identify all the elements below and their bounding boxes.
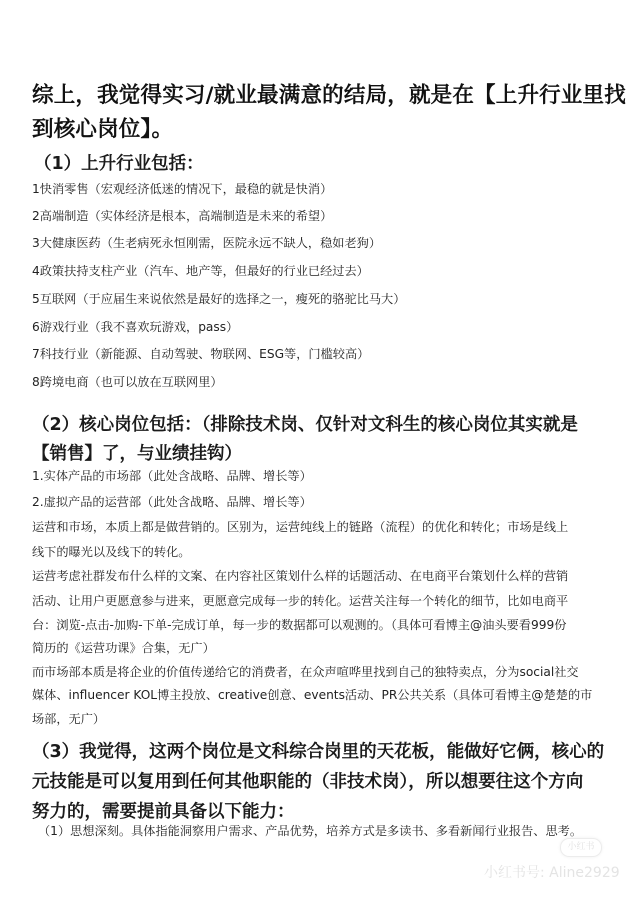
section2-heading-line-1: （2）核心岗位包括：（排除技术岗、仅针对文科生的核心岗位其实就是 xyxy=(32,411,578,436)
paragraph-2-line-2: 活动、让用户更愿意参与进来，更愿意完成每一步的转化。运营关注每一个转化的细节，比… xyxy=(32,592,568,609)
industry-item-5: 5互联网（于应届生来说依然是最好的选择之一，瘦死的骆驼比马大） xyxy=(32,290,405,307)
paragraph-1-line-2: 线下的曝光以及线下的转化。 xyxy=(32,543,190,560)
industry-item-8: 8跨境电商（也可以放在互联网里） xyxy=(32,373,223,390)
paragraph-3-line-3: 场部，无广） xyxy=(32,710,105,727)
industry-item-2: 2高端制造（实体经济是根本，高端制造是未来的希望） xyxy=(32,207,332,224)
paragraph-2-line-3: 台：浏览-点击-加购-下单-完成订单，每一步的数据都可以观测的。（具体可看博主@… xyxy=(32,616,566,633)
industry-item-3: 3大健康医药（生老病死永恒刚需，医院永远不缺人，稳如老狗） xyxy=(32,234,381,251)
role-item-1: 1.实体产品的市场部（此处含战略、品牌、增长等） xyxy=(32,467,312,484)
watermark-logo: 小红书 xyxy=(560,838,602,857)
watermark-text: 小红书号: Aline2929 xyxy=(484,862,620,882)
section3-heading-line-3: 努力的，需要提前具备以下能力： xyxy=(32,798,295,823)
industry-item-4: 4政策扶持支柱产业（汽车、地产等，但最好的行业已经过去） xyxy=(32,262,369,279)
section2-heading-line-2: 【销售】了，与业绩挂钩） xyxy=(32,440,242,465)
section1-heading: （1）上升行业包括： xyxy=(34,150,204,175)
industry-item-7: 7科技行业（新能源、自动驾驶、物联网、ESG等，门槛较高） xyxy=(32,345,369,362)
title-line-1: 综上，我觉得实习/就业最满意的结局，就是在【上升行业里找 xyxy=(32,78,626,109)
industry-item-6: 6游戏行业（我不喜欢玩游戏，pass） xyxy=(32,318,238,335)
title-line-2: 到核心岗位】。 xyxy=(32,112,173,143)
section3-heading-line-1: （3）我觉得，这两个岗位是文科综合岗里的天花板，能做好它俩，核心的 xyxy=(32,738,604,763)
paragraph-3-line-2: 媒体、influencer KOL博主投放、creative创意、events活… xyxy=(32,686,592,703)
industry-item-1: 1快消零售（宏观经济低迷的情况下，最稳的就是快消） xyxy=(32,180,332,197)
paragraph-1-line-1: 运营和市场，本质上都是做营销的。区别为，运营纯线上的链路（流程）的优化和转化；市… xyxy=(32,518,568,535)
skill-item-1: （1）思想深刻。具体指能洞察用户需求、产品优势，培养方式是多读书、多看新闻行业报… xyxy=(38,822,582,839)
section3-heading-line-2: 元技能是可以复用到任何其他职能的（非技术岗），所以想要往这个方向 xyxy=(32,768,583,793)
role-item-2: 2.虚拟产品的运营部（此处含战略、品牌、增长等） xyxy=(32,493,312,510)
paragraph-3-line-1: 而市场部本质是将企业的价值传递给它的消费者，在众声喧哗里找到自己的独特卖点，分为… xyxy=(32,663,579,680)
paragraph-2-line-4: 简历的《运营功课》合集，无广） xyxy=(32,639,215,656)
paragraph-2-line-1: 运营考虑社群发布什么样的文案、在内容社区策划什么样的话题活动、在电商平台策划什么… xyxy=(32,567,568,584)
